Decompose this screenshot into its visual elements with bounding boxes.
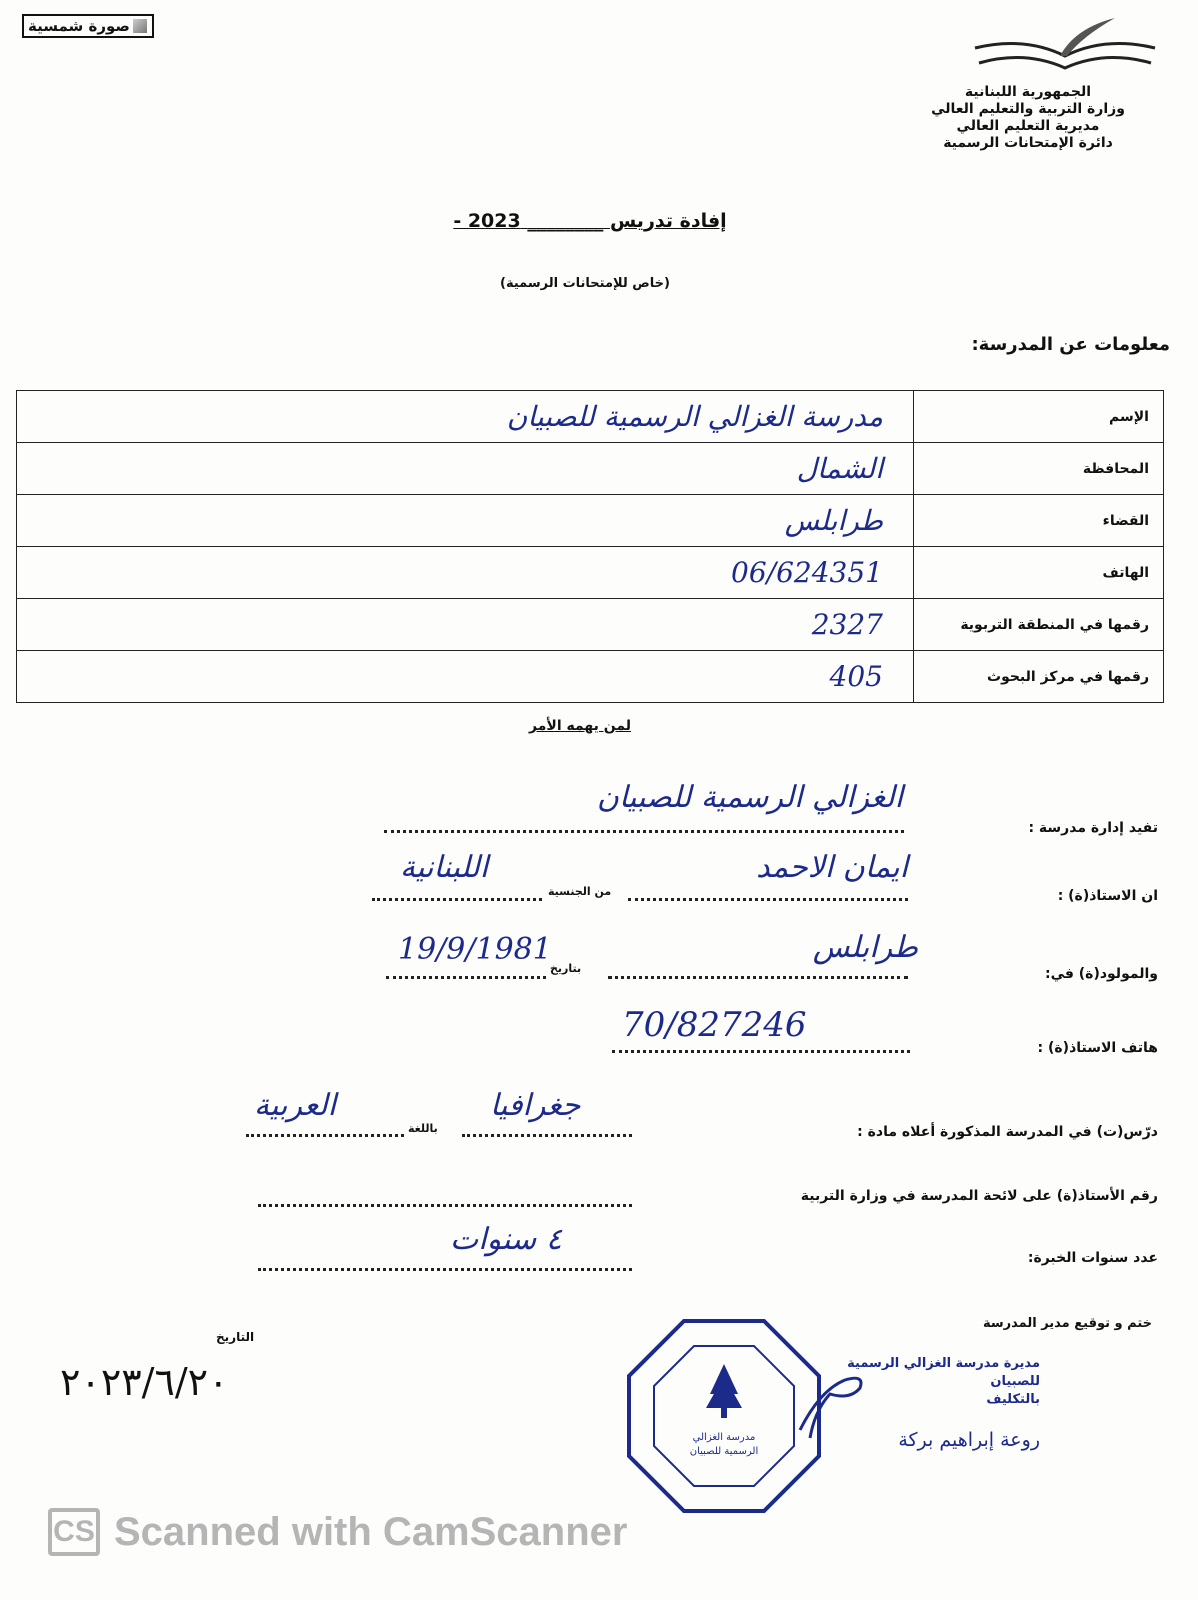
title-year: - 2023: [453, 210, 520, 232]
nationality-value: اللبنانية: [400, 850, 488, 885]
camscanner-logo-icon: CS: [48, 1508, 100, 1556]
table-row: القضاء طرابلس: [17, 495, 1164, 547]
language-line: [246, 1134, 404, 1137]
row-label: المحافظة: [914, 443, 1164, 495]
experience-value: ٤ سنوات: [450, 1222, 562, 1257]
row-value: 405: [17, 651, 914, 703]
row-value: 2327: [17, 599, 914, 651]
row-label: رقمها في المنطقة التربوية: [914, 599, 1164, 651]
svg-text:الرسمية للصبيان: الرسمية للصبيان: [690, 1446, 759, 1457]
row-label: رقمها في مركز البحوث: [914, 651, 1164, 703]
image-icon: [133, 19, 147, 33]
header-line: وزارة التربية والتعليم العالي: [908, 101, 1148, 118]
school-admin-label: تفيد إدارة مدرسة :: [1028, 820, 1158, 836]
row-value: 06/624351: [17, 547, 914, 599]
photo-label: صورة شمسية: [28, 17, 130, 35]
header-line: دائرة الإمتحانات الرسمية: [908, 135, 1148, 152]
row-value: مدرسة الغزالي الرسمية للصبيان: [17, 391, 914, 443]
nationality-line: [372, 898, 542, 901]
birthdate-label: بتاريخ: [550, 962, 581, 975]
language-label: باللغة: [408, 1122, 438, 1135]
date-value: ٢٠٢٣/٦/٢٠: [60, 1360, 228, 1404]
table-row: رقمها في مركز البحوث 405: [17, 651, 1164, 703]
row-label: القضاء: [914, 495, 1164, 547]
document-title: إفادة تدريس ________ - 2023: [390, 210, 790, 232]
subject-value: جغرافيا: [490, 1088, 580, 1123]
experience-label: عدد سنوات الخبرة:: [1028, 1250, 1158, 1266]
birthplace-line: [608, 976, 908, 979]
svg-text:مدرسة الغزالي: مدرسة الغزالي: [693, 1432, 756, 1443]
table-row: الهاتف 06/624351: [17, 547, 1164, 599]
table-row: رقمها في المنطقة التربوية 2327: [17, 599, 1164, 651]
birthdate-line: [386, 976, 546, 979]
signature-scribble: [790, 1360, 870, 1440]
subject-line: [462, 1134, 632, 1137]
language-value: العربية: [254, 1088, 336, 1123]
ministry-header: الجمهورية اللبنانية وزارة التربية والتعل…: [908, 84, 1148, 152]
header-line: الجمهورية اللبنانية: [908, 84, 1148, 101]
teacher-name-line: [628, 898, 908, 901]
teacher-label: ان الاستاذ(ة) :: [1058, 888, 1158, 904]
row-value: طرابلس: [17, 495, 914, 547]
teacher-phone-line: [612, 1050, 910, 1053]
teacher-name-value: ايمان الاحمد: [756, 850, 908, 885]
document-subtitle: (خاص للإمتحانات الرسمية): [400, 276, 770, 291]
date-label: التاريخ: [216, 1330, 254, 1344]
book-and-quill-logo: [965, 18, 1165, 78]
camscanner-watermark: CS Scanned with CamScanner: [48, 1508, 627, 1556]
title-year-blank: ________: [527, 210, 603, 232]
birthplace-value: طرابلس: [813, 930, 918, 965]
row-label: الهاتف: [914, 547, 1164, 599]
school-admin-line: [384, 830, 904, 833]
row-label: الإسم: [914, 391, 1164, 443]
registry-number-label: رقم الأستاذ(ة) على لائحة المدرسة في وزار…: [801, 1188, 1158, 1204]
watermark-text: Scanned with CamScanner: [114, 1510, 627, 1555]
experience-line: [258, 1268, 632, 1271]
school-info-table: الإسم مدرسة الغزالي الرسمية للصبيان المح…: [16, 390, 1164, 703]
title-text: إفادة تدريس: [610, 210, 727, 232]
nationality-label: من الجنسية: [548, 885, 611, 898]
row-value: الشمال: [17, 443, 914, 495]
teacher-phone-value: 70/827246: [622, 1005, 807, 1045]
signature-label: ختم و توقيع مدير المدرسة: [983, 1316, 1152, 1331]
school-info-heading: معلومات عن المدرسة:: [971, 334, 1170, 355]
registry-number-line: [258, 1204, 632, 1207]
teacher-phone-label: هاتف الاستاذ(ة) :: [1038, 1040, 1158, 1056]
school-admin-value: الغزالي الرسمية للصبيان: [597, 780, 903, 815]
taught-label: درّس(ت) في المدرسة المذكورة أعلاه مادة :: [857, 1124, 1158, 1140]
cedar-icon: [706, 1364, 742, 1418]
birthdate-value: 19/9/1981: [398, 932, 552, 967]
to-whom-heading: لمن يهمه الأمر: [505, 718, 655, 734]
born-label: والمولود(ة) في:: [1045, 966, 1158, 982]
table-row: المحافظة الشمال: [17, 443, 1164, 495]
header-line: مديرية التعليم العالي: [908, 118, 1148, 135]
table-row: الإسم مدرسة الغزالي الرسمية للصبيان: [17, 391, 1164, 443]
photo-placeholder: صورة شمسية: [22, 14, 154, 38]
